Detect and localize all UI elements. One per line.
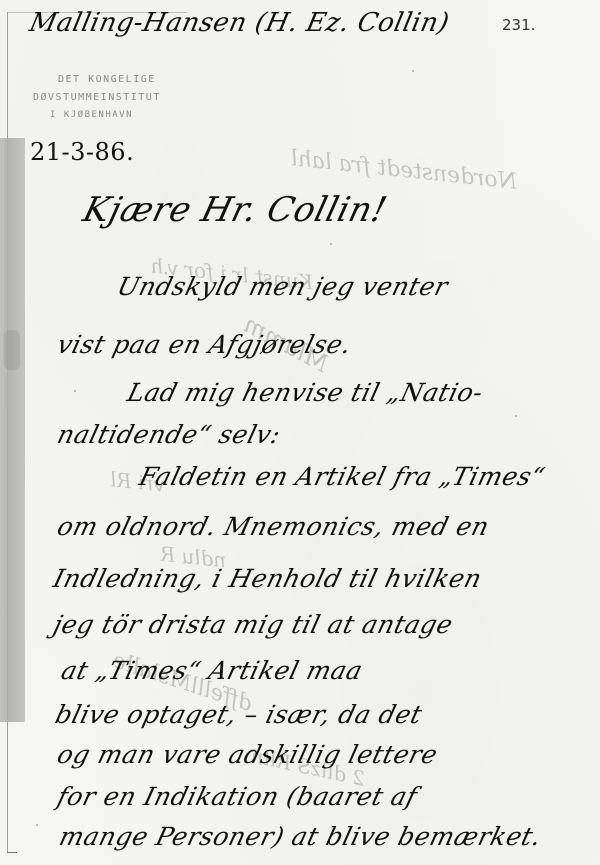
letter-line: at „Times“ Artikel maa [58,656,365,685]
scan-speck [515,415,517,417]
header-annotation: Malling-Hansen (H. Ez. Collin) [27,8,452,38]
archive-stamp-line-3: I KJØBENHAVN [50,110,133,120]
letter-date: 21-3-86. [30,138,134,166]
letter-line: naltidende“ selv: [54,420,283,449]
letter-line: jeg tör drista mig til at antage [50,610,456,639]
binding-margin-strip [0,138,25,722]
scan-speck [36,824,38,826]
archive-stamp-line-1: DET KONGELIGE [58,74,156,85]
scan-speck [330,243,332,245]
letter-line: mange Personer) at blive bemærket. [56,822,544,851]
letter-greeting: Kjære Hr. Collin! [79,190,391,230]
folio-number: 231. [502,16,535,34]
margin-strip-shadow [4,330,20,370]
letter-line: for en Indikation (baaret af [54,782,420,811]
bleed-through-text: Nordenstedt fra lahl [289,146,518,195]
letter-line: Indledning, i Henhold til hvilken [50,564,485,593]
scanned-letter-page: Nordenstedt fra lahl Kunst lr i for v.h … [0,0,600,865]
scan-speck [412,70,414,72]
letter-line: Undskyld men jeg venter [114,272,451,301]
letter-line: Lad mig henvise til „Natio- [124,378,486,407]
letter-line: og man vare adskillig lettere [54,740,440,769]
letter-line: blive optaget, – især, da det [52,700,425,729]
scan-frame-bottom-corner [7,852,17,853]
scan-speck [74,390,76,392]
archive-stamp-line-2: DØVSTUMMEINSTITUT [33,92,161,103]
letter-line: vist paa en Afgjørelse. [54,330,354,359]
letter-line: om oldnord. Mnemonics, med en [54,512,492,541]
letter-line: Faldetin en Artikel fra „Times“ [136,462,548,491]
